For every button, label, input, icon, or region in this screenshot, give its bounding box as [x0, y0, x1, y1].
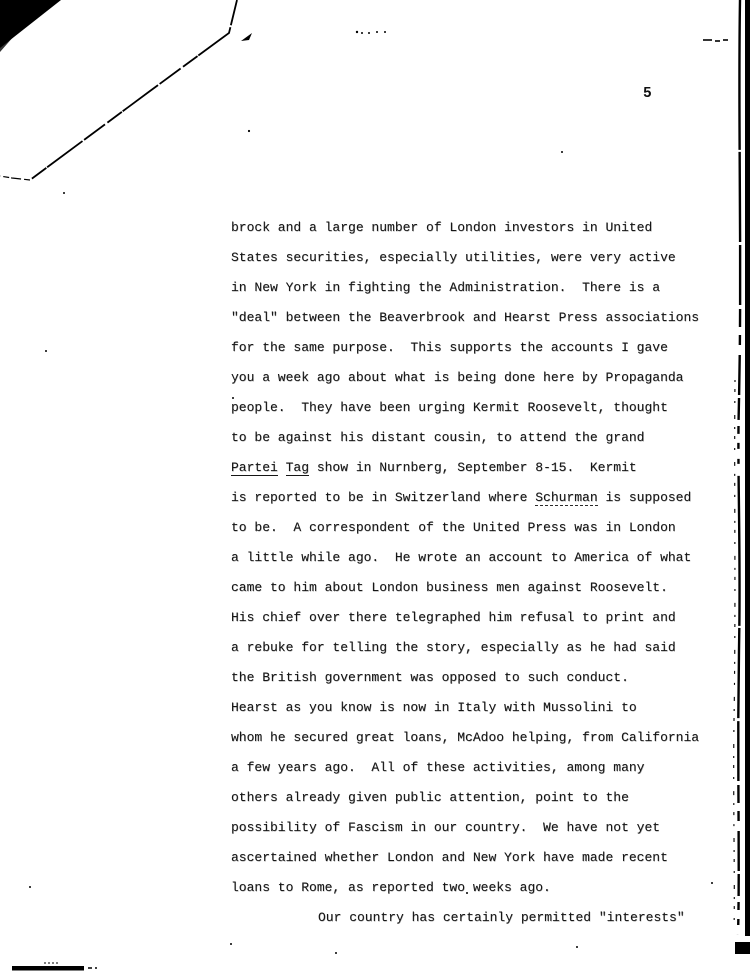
bottom-left-scan-bar: [12, 963, 97, 971]
underlined-text: Tag: [286, 460, 309, 476]
text-segment: ascertained whether London and New York …: [231, 850, 668, 865]
document-line: a few years ago. All of these activities…: [231, 753, 731, 783]
text-segment: is reported to be in Switzerland where: [231, 490, 535, 505]
right-edge-scan-bars: [734, 0, 750, 954]
text-segment: Our country has certainly permitted "int…: [318, 910, 685, 925]
document-line: in New York in fighting the Administrati…: [231, 273, 731, 303]
document-line: brock and a large number of London inves…: [231, 213, 731, 243]
document-line: States securities, especially utilities,…: [231, 243, 731, 273]
text-segment: a little while ago. He wrote an account …: [231, 550, 691, 565]
document-line: Partei Tag show in Nurnberg, September 8…: [231, 453, 731, 483]
text-segment: [278, 460, 286, 475]
document-line: you a week ago about what is being done …: [231, 363, 731, 393]
scanned-page: 5 brock and a large number of London inv…: [0, 0, 750, 972]
text-segment: for the same purpose. This supports the …: [231, 340, 668, 355]
document-line: to be. A correspondent of the United Pre…: [231, 513, 731, 543]
text-segment: in New York in fighting the Administrati…: [231, 280, 660, 295]
document-body: brock and a large number of London inves…: [231, 213, 731, 933]
document-line: the British government was opposed to su…: [231, 663, 731, 693]
text-segment: is supposed: [598, 490, 692, 505]
text-segment: you a week ago about what is being done …: [231, 370, 683, 385]
document-line: His chief over there telegraphed him ref…: [231, 603, 731, 633]
bottom-right-scan-square: [735, 942, 750, 954]
dash-specks-top-right: [703, 40, 728, 41]
document-line: "deal" between the Beaverbrook and Hears…: [231, 303, 731, 333]
fold-crease-tail: [0, 176, 30, 180]
text-segment: a few years ago. All of these activities…: [231, 760, 644, 775]
dotted-specks-top: [356, 31, 386, 34]
document-line: possibility of Fascism in our country. W…: [231, 813, 731, 843]
document-line: a little while ago. He wrote an account …: [231, 543, 731, 573]
text-segment: brock and a large number of London inves…: [231, 220, 652, 235]
text-segment: people. They have been urging Kermit Roo…: [231, 400, 668, 415]
document-line: is reported to be in Switzerland where S…: [231, 483, 731, 513]
text-segment: to be. A correspondent of the United Pre…: [231, 520, 676, 535]
document-line: to be against his distant cousin, to att…: [231, 423, 731, 453]
text-segment: show in Nurnberg, September 8-15. Kermit: [309, 460, 637, 475]
document-line: for the same purpose. This supports the …: [231, 333, 731, 363]
underlined-text: Partei: [231, 460, 278, 476]
text-segment: States securities, especially utilities,…: [231, 250, 676, 265]
text-segment: Hearst as you know is now in Italy with …: [231, 700, 637, 715]
diagonal-fold-crease: [30, 0, 237, 180]
document-line: whom he secured great loans, McAdoo help…: [231, 723, 731, 753]
text-segment: others already given public attention, p…: [231, 790, 629, 805]
document-line: people. They have been urging Kermit Roo…: [231, 393, 731, 423]
document-line: others already given public attention, p…: [231, 783, 731, 813]
document-line: Hearst as you know is now in Italy with …: [231, 693, 731, 723]
text-segment: came to him about London business men ag…: [231, 580, 668, 595]
text-segment: possibility of Fascism in our country. W…: [231, 820, 660, 835]
text-segment: His chief over there telegraphed him ref…: [231, 610, 676, 625]
text-segment: to be against his distant cousin, to att…: [231, 430, 644, 445]
text-segment: "deal" between the Beaverbrook and Hears…: [231, 310, 699, 325]
pen-mark: [241, 33, 252, 41]
document-line: a rebuke for telling the story, especial…: [231, 633, 731, 663]
top-left-corner-shadow-mark: [0, 0, 61, 48]
text-segment: loans to Rome, as reported two weeks ago…: [231, 880, 551, 895]
underlined-text: Schurman: [535, 490, 597, 506]
text-segment: the British government was opposed to su…: [231, 670, 629, 685]
document-line: loans to Rome, as reported two weeks ago…: [231, 873, 731, 903]
text-segment: a rebuke for telling the story, especial…: [231, 640, 676, 655]
document-line: came to him about London business men ag…: [231, 573, 731, 603]
document-line: Our country has certainly permitted "int…: [231, 903, 731, 933]
page-number: 5: [643, 86, 652, 102]
text-segment: whom he secured great loans, McAdoo help…: [231, 730, 699, 745]
top-left-corner-fray: [0, 36, 14, 52]
document-line: ascertained whether London and New York …: [231, 843, 731, 873]
